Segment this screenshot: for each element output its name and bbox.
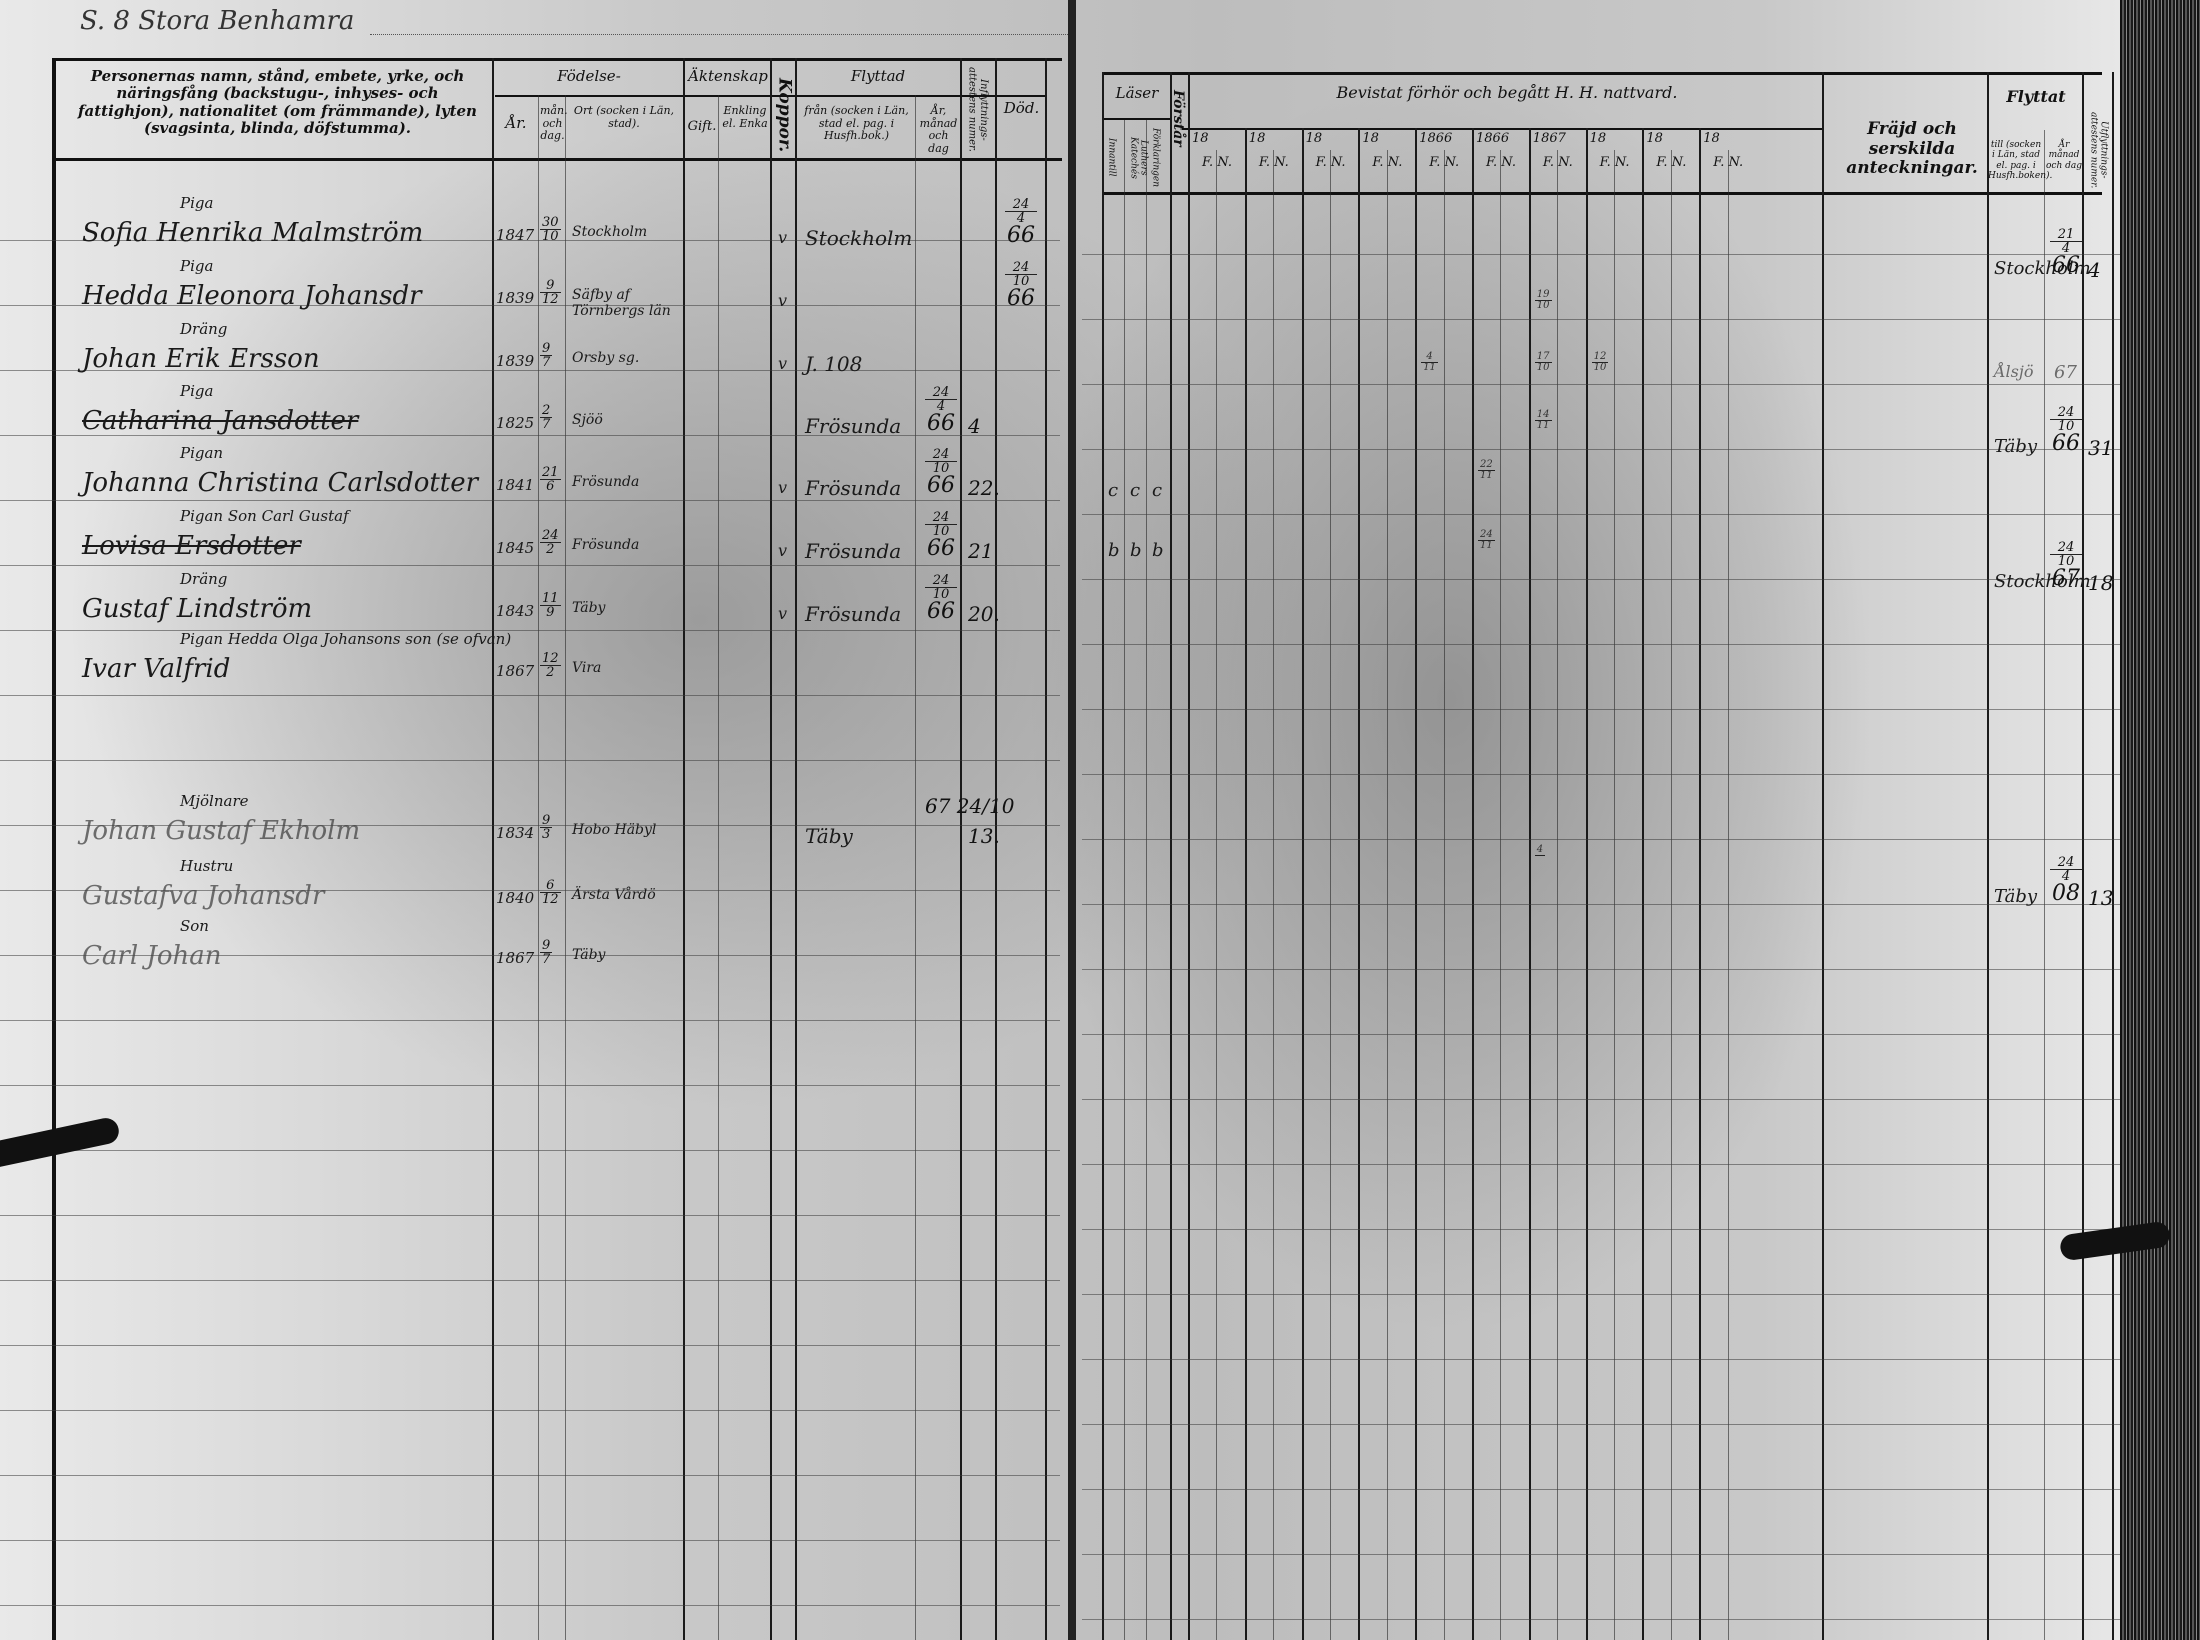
- entry-moved-from: Stockholm: [805, 226, 912, 250]
- col-rule: [683, 58, 685, 1640]
- moved-in-group-header: Flyttad: [798, 68, 958, 85]
- col-rule: [1557, 150, 1558, 1640]
- col-rule: [565, 95, 566, 1640]
- married-header: Gift.: [686, 120, 718, 135]
- ruled-line: [1082, 644, 2122, 645]
- ruled-line: [0, 565, 1060, 566]
- col-rule: [915, 95, 916, 1640]
- entry-birth-year: 1839: [496, 352, 534, 370]
- entry-name: Hedda Eleonora Johansdr: [82, 281, 422, 311]
- entry-birth-month-day: 612: [540, 879, 561, 906]
- ruled-line: [1082, 1554, 2122, 1555]
- reads-group-header: Läser: [1104, 85, 1170, 102]
- attendance-year-header: 18: [1646, 132, 1696, 147]
- ruled-line: [1082, 709, 2122, 710]
- col-rule: [718, 95, 719, 1640]
- entry-title: Piga: [180, 194, 213, 212]
- entry-moved-to: Täby: [1994, 886, 2037, 907]
- moved-date-header: År, månad och dag: [917, 105, 960, 156]
- birth-year-header: År.: [495, 115, 537, 132]
- entry-birth-month-day: 3010: [540, 216, 561, 243]
- header-top-rule: [1102, 72, 2102, 75]
- ruled-line: [0, 1215, 1060, 1216]
- col-rule: [2044, 130, 2045, 1640]
- col-rule: [1472, 128, 1474, 1640]
- attendance-year-header: 18: [1362, 132, 1412, 147]
- ruled-line: [0, 1085, 1060, 1086]
- attendance-year-header: 1866: [1419, 132, 1469, 147]
- entry-birth-month-day: 242: [540, 529, 561, 556]
- entry-moved-date: 241066: [925, 574, 957, 623]
- entry-name: Johan Erik Ersson: [82, 344, 320, 374]
- entry-moved-in-cert: 4: [968, 414, 981, 438]
- vaccinated-header: Koppor.: [774, 75, 794, 155]
- birth-month-day-header: mån. och dag.: [540, 105, 565, 143]
- ruled-line: [0, 1280, 1060, 1281]
- fn-header: F. N.: [1360, 156, 1414, 171]
- reads-mark: c: [1108, 480, 1118, 501]
- entry-moved-in-cert: 241066: [1005, 261, 1037, 310]
- book-gutter: [1068, 0, 1076, 1640]
- entry-title: Dräng: [180, 570, 227, 588]
- col-rule: [1822, 72, 1824, 1640]
- entry-birth-month-day: 93: [540, 814, 552, 841]
- ruled-line: [1082, 774, 2122, 775]
- col-rule: [795, 58, 797, 1640]
- entry-birth-year: 1843: [496, 602, 534, 620]
- col-rule: [1170, 72, 1172, 1640]
- entry-vaccinated-mark: v: [778, 541, 787, 560]
- entry-vaccinated-mark: v: [778, 291, 787, 310]
- col-rule: [1146, 120, 1147, 1640]
- entry-birth-year: 1841: [496, 476, 534, 494]
- moved-out-group-header: Flyttat: [1990, 88, 2082, 106]
- entry-moved-from: J. 108: [805, 352, 862, 376]
- entry-moved-from: Frösunda: [805, 602, 901, 626]
- fn-header: F. N.: [1417, 156, 1471, 171]
- col-rule: [1358, 128, 1360, 1640]
- entry-birth-place: Täby: [572, 947, 605, 963]
- col-rule: [1330, 150, 1331, 1640]
- birth-place-header: Ort (socken i Län, stad).: [568, 105, 680, 130]
- ruled-line: [1082, 1489, 2122, 1490]
- ruled-line: [1082, 449, 2122, 450]
- ruled-line: [1082, 579, 2122, 580]
- moved-in-cert-header: Inflyttnings-attestens numer.: [966, 62, 989, 157]
- entry-moved-to: Ålsjö: [1994, 362, 2033, 381]
- entry-title: Pigan Hedda Olga Johansons son (se ofvan…: [180, 630, 511, 648]
- entry-birth-year: 1825: [496, 414, 534, 432]
- entry-moved-out-date: 21466: [2050, 228, 2082, 277]
- fn-header: F. N.: [1247, 156, 1301, 171]
- ruled-line: [1082, 904, 2122, 905]
- entry-moved-date: 67 24/10: [925, 796, 1014, 816]
- col-rule: [1642, 128, 1644, 1640]
- col-rule: [995, 58, 997, 1640]
- ruled-line: [0, 1605, 1060, 1606]
- entry-moved-from: Täby: [805, 824, 853, 848]
- reads-col-header: Innantill: [1106, 125, 1116, 190]
- entry-moved-in-cert: 24466: [1005, 198, 1037, 247]
- ruled-line: [1082, 1359, 2122, 1360]
- attendance-mark: 411: [1421, 352, 1438, 373]
- ruled-line: [0, 1020, 1060, 1021]
- attended-group-header: Bevistat förhör och begått H. H. nattvar…: [1192, 84, 1822, 102]
- ruled-line: [0, 500, 1060, 501]
- entry-birth-year: 1839: [496, 289, 534, 307]
- reads-mark: b: [1152, 540, 1164, 561]
- attendance-mark: 1210: [1592, 352, 1609, 373]
- col-rule: [1614, 150, 1615, 1640]
- reads-col-header: Luthers Katechés: [1128, 125, 1149, 190]
- widowed-header: Enkling el. Enka: [720, 105, 770, 130]
- entry-birth-place: Säfby af Törnbergs län: [572, 287, 682, 319]
- col-rule: [2112, 72, 2114, 1640]
- moved-to-header: till (socken i Län, stad el. pag. i Husf…: [1988, 140, 2044, 181]
- ruled-line: [1082, 319, 2122, 320]
- fn-header: F. N.: [1644, 156, 1698, 171]
- ruled-line: [1082, 254, 2122, 255]
- entry-birth-place: Orsby sg.: [572, 350, 639, 366]
- ruled-line: [1082, 1294, 2122, 1295]
- attendance-mark: 1710: [1535, 352, 1552, 373]
- col-rule: [1444, 150, 1445, 1640]
- ruled-line: [0, 1475, 1060, 1476]
- entry-moved-out-cert: 13: [2088, 886, 2113, 910]
- col-rule: [1273, 150, 1274, 1640]
- entry-birth-month-day: 97: [540, 342, 552, 369]
- entry-moved-in-cert: 22.: [968, 476, 1000, 500]
- entry-moved-out-date: 67: [2054, 362, 2077, 383]
- names-column-header: Personernas namn, stånd, embete, yrke, o…: [70, 68, 485, 137]
- col-rule: [960, 58, 962, 1640]
- entry-birth-place: Hobo Häbyl: [572, 822, 656, 838]
- col-rule: [1302, 128, 1304, 1640]
- entry-birth-year: 1840: [496, 889, 534, 907]
- ruled-line: [0, 1150, 1060, 1151]
- col-rule: [1728, 150, 1729, 1640]
- entry-birth-month-day: 122: [540, 652, 561, 679]
- entry-moved-from: Frösunda: [805, 414, 901, 438]
- entry-moved-date: 24466: [925, 386, 957, 435]
- entry-moved-date: 241066: [925, 448, 957, 497]
- ruled-line: [1082, 1619, 2122, 1620]
- col-rule: [1045, 58, 1047, 1640]
- moved-from-header: från (socken i Län, stad el. pag. i Husf…: [798, 105, 915, 143]
- fn-header: F. N.: [1304, 156, 1358, 171]
- col-rule: [1245, 128, 1247, 1640]
- fn-header: F. N.: [1474, 156, 1528, 171]
- attendance-year-header: 18: [1590, 132, 1640, 147]
- right-page: Läser Innantill Luthers Katechés Förklar…: [1082, 0, 2122, 1640]
- col-rule: [1102, 72, 1104, 1640]
- attendance-mark: 1411: [1535, 410, 1552, 431]
- fn-header: F. N.: [1701, 156, 1755, 171]
- entry-birth-month-day: 216: [540, 466, 561, 493]
- ruled-line: [0, 1540, 1060, 1541]
- entry-birth-year: 1845: [496, 539, 534, 557]
- col-rule: [1216, 150, 1217, 1640]
- col-rule: [1500, 150, 1501, 1640]
- entry-moved-from: Frösunda: [805, 476, 901, 500]
- col-rule: [538, 95, 539, 1640]
- ruled-line: [1082, 969, 2122, 970]
- attendance-mark: 1910: [1535, 290, 1552, 311]
- attendance-mark: 4: [1535, 845, 1545, 856]
- col-rule: [1387, 150, 1388, 1640]
- entry-name: Lovisa Ersdotter: [82, 531, 301, 561]
- entry-birth-place: Sjöö: [572, 412, 603, 428]
- reads-mark: c: [1130, 480, 1140, 501]
- fn-header: F. N.: [1190, 156, 1244, 171]
- col-rule: [1671, 150, 1672, 1640]
- entry-birth-place: Ärsta Vårdö: [572, 887, 656, 903]
- attendance-year-header: 1867: [1533, 132, 1583, 147]
- entry-name: Catharina Jansdotter: [82, 406, 358, 436]
- attendance-year-header: 18: [1249, 132, 1299, 147]
- entry-title: Hustru: [180, 857, 233, 875]
- confirmed-header: Förstår: [1170, 78, 1186, 158]
- attendance-mark: 2211: [1478, 460, 1495, 481]
- entry-moved-from: Frösunda: [805, 539, 901, 563]
- entry-birth-month-day: 27: [540, 404, 552, 431]
- reads-col-header: Förklaringen: [1150, 125, 1160, 190]
- entry-moved-in-cert: 13.: [968, 824, 1000, 848]
- header-bottom-rule: [52, 158, 1062, 161]
- entry-name: Ivar Valfrid: [82, 654, 230, 684]
- entry-birth-month-day: 912: [540, 279, 561, 306]
- entry-birth-year: 1867: [496, 662, 534, 680]
- ruled-line: [0, 760, 1060, 761]
- attendance-mark: 2411: [1478, 530, 1495, 551]
- col-rule: [492, 58, 494, 1640]
- entry-title: Pigan: [180, 444, 223, 462]
- entry-moved-out-date: 241066: [2050, 406, 2082, 455]
- entry-title: Piga: [180, 382, 213, 400]
- col-rule: [1529, 128, 1531, 1640]
- col-rule: [1124, 120, 1125, 1640]
- marriage-group-header: Äktenskap: [686, 68, 770, 85]
- entry-birth-place: Vira: [572, 660, 601, 676]
- ruled-line: [1082, 1164, 2122, 1165]
- attendance-year-header: 18: [1192, 132, 1242, 147]
- entry-birth-month-day: 119: [540, 592, 561, 619]
- col-rule: [1188, 72, 1190, 1640]
- entry-moved-out-cert: 31: [2088, 436, 2113, 460]
- entry-title: Mjölnare: [180, 792, 249, 810]
- entry-name: Gustafva Johansdr: [82, 881, 324, 911]
- entry-name: Gustaf Lindström: [82, 594, 312, 624]
- col-rule: [2082, 72, 2084, 1640]
- moved-out-cert-header: Utflyttnings-attestens numer.: [2088, 110, 2109, 190]
- entry-moved-out-cert: 18: [2088, 571, 2113, 595]
- entry-birth-place: Frösunda: [572, 537, 639, 553]
- col-rule: [1987, 72, 1989, 1640]
- col-rule: [770, 58, 772, 1640]
- left-margin-rule: [52, 58, 56, 1640]
- reads-mark: b: [1130, 540, 1142, 561]
- header-bottom-rule: [1102, 192, 2102, 195]
- ruled-line: [1082, 514, 2122, 515]
- ruled-line: [0, 1410, 1060, 1411]
- entry-vaccinated-mark: v: [778, 604, 787, 623]
- entry-vaccinated-mark: v: [778, 228, 787, 247]
- col-rule: [1415, 128, 1417, 1640]
- ruled-line: [1082, 1229, 2122, 1230]
- entry-birth-month-day: 97: [540, 939, 552, 966]
- conduct-header: Fräjd och serskilda anteckningar.: [1842, 120, 1982, 179]
- entry-moved-out-date: 24408: [2050, 856, 2082, 905]
- entry-vaccinated-mark: v: [778, 354, 787, 373]
- entry-moved-in-cert: 21: [968, 539, 993, 563]
- entry-moved-out-date: 241067: [2050, 541, 2082, 590]
- entry-name: Johan Gustaf Ekholm: [82, 816, 360, 846]
- entry-moved-in-cert: 20.: [968, 602, 1000, 626]
- ruled-line: [1082, 1034, 2122, 1035]
- reads-mark: c: [1152, 480, 1162, 501]
- page-edges: [2120, 0, 2200, 1640]
- entry-name: Carl Johan: [82, 941, 221, 971]
- fn-header: F. N.: [1531, 156, 1585, 171]
- birth-group-header: Födelse-: [495, 68, 683, 85]
- ruled-line: [1082, 1099, 2122, 1100]
- fn-header: F. N.: [1588, 156, 1642, 171]
- entry-birth-place: Täby: [572, 600, 605, 616]
- entry-moved-to: Täby: [1994, 436, 2037, 457]
- header-top-rule: [52, 58, 1062, 61]
- attendance-year-header: 18: [1703, 132, 1753, 147]
- entry-moved-date: 241066: [925, 511, 957, 560]
- attendance-year-header: 1866: [1476, 132, 1526, 147]
- col-rule: [1699, 128, 1701, 1640]
- ruled-line: [0, 1345, 1060, 1346]
- moved-out-date-header: År månad och dag: [2046, 140, 2082, 171]
- ruled-line: [1082, 1424, 2122, 1425]
- died-header: Död.: [998, 100, 1045, 117]
- entry-name: Sofia Henrika Malmström: [82, 218, 423, 248]
- entry-birth-year: 1847: [496, 226, 534, 244]
- entry-birth-year: 1834: [496, 824, 534, 842]
- col-rule: [1586, 128, 1588, 1640]
- ruled-line: [1082, 839, 2122, 840]
- entry-title: Piga: [180, 257, 213, 275]
- attendance-year-header: 18: [1306, 132, 1356, 147]
- left-page: Personernas namn, stånd, embete, yrke, o…: [0, 0, 1080, 1640]
- entry-title: Son: [180, 917, 209, 935]
- entry-moved-out-cert: 4: [2088, 258, 2101, 282]
- entry-title: Pigan Son Carl Gustaf: [180, 507, 349, 525]
- entry-birth-place: Frösunda: [572, 474, 639, 490]
- entry-birth-place: Stockholm: [572, 224, 647, 240]
- entry-vaccinated-mark: v: [778, 478, 787, 497]
- header-mid-rule: [1182, 128, 1822, 130]
- reads-mark: b: [1108, 540, 1120, 561]
- entry-name: Johanna Christina Carlsdotter: [82, 468, 478, 498]
- header-mid-rule: [1102, 118, 1172, 120]
- entry-title: Dräng: [180, 320, 227, 338]
- ruled-line: [0, 630, 1060, 631]
- entry-birth-year: 1867: [496, 949, 534, 967]
- ruled-line: [0, 695, 1060, 696]
- ruled-line: [1082, 384, 2122, 385]
